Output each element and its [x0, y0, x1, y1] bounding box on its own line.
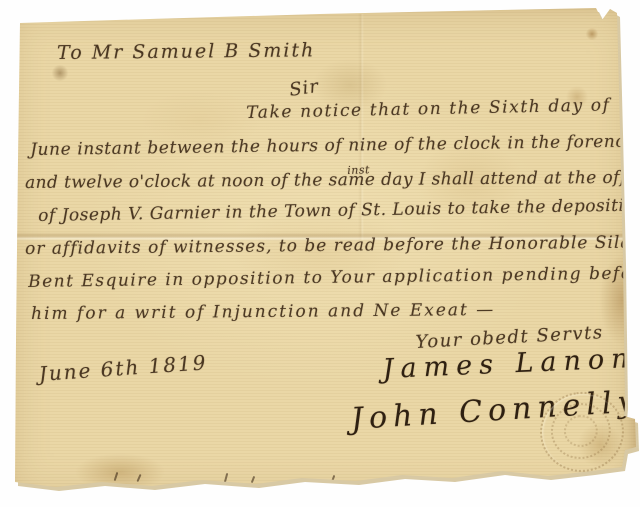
paper-vignette: [0, 0, 640, 507]
scanned-letter: To Mr Samuel B Smith Sir Take notice tha…: [0, 0, 640, 507]
letter-paper: To Mr Samuel B Smith Sir Take notice tha…: [0, 0, 640, 507]
